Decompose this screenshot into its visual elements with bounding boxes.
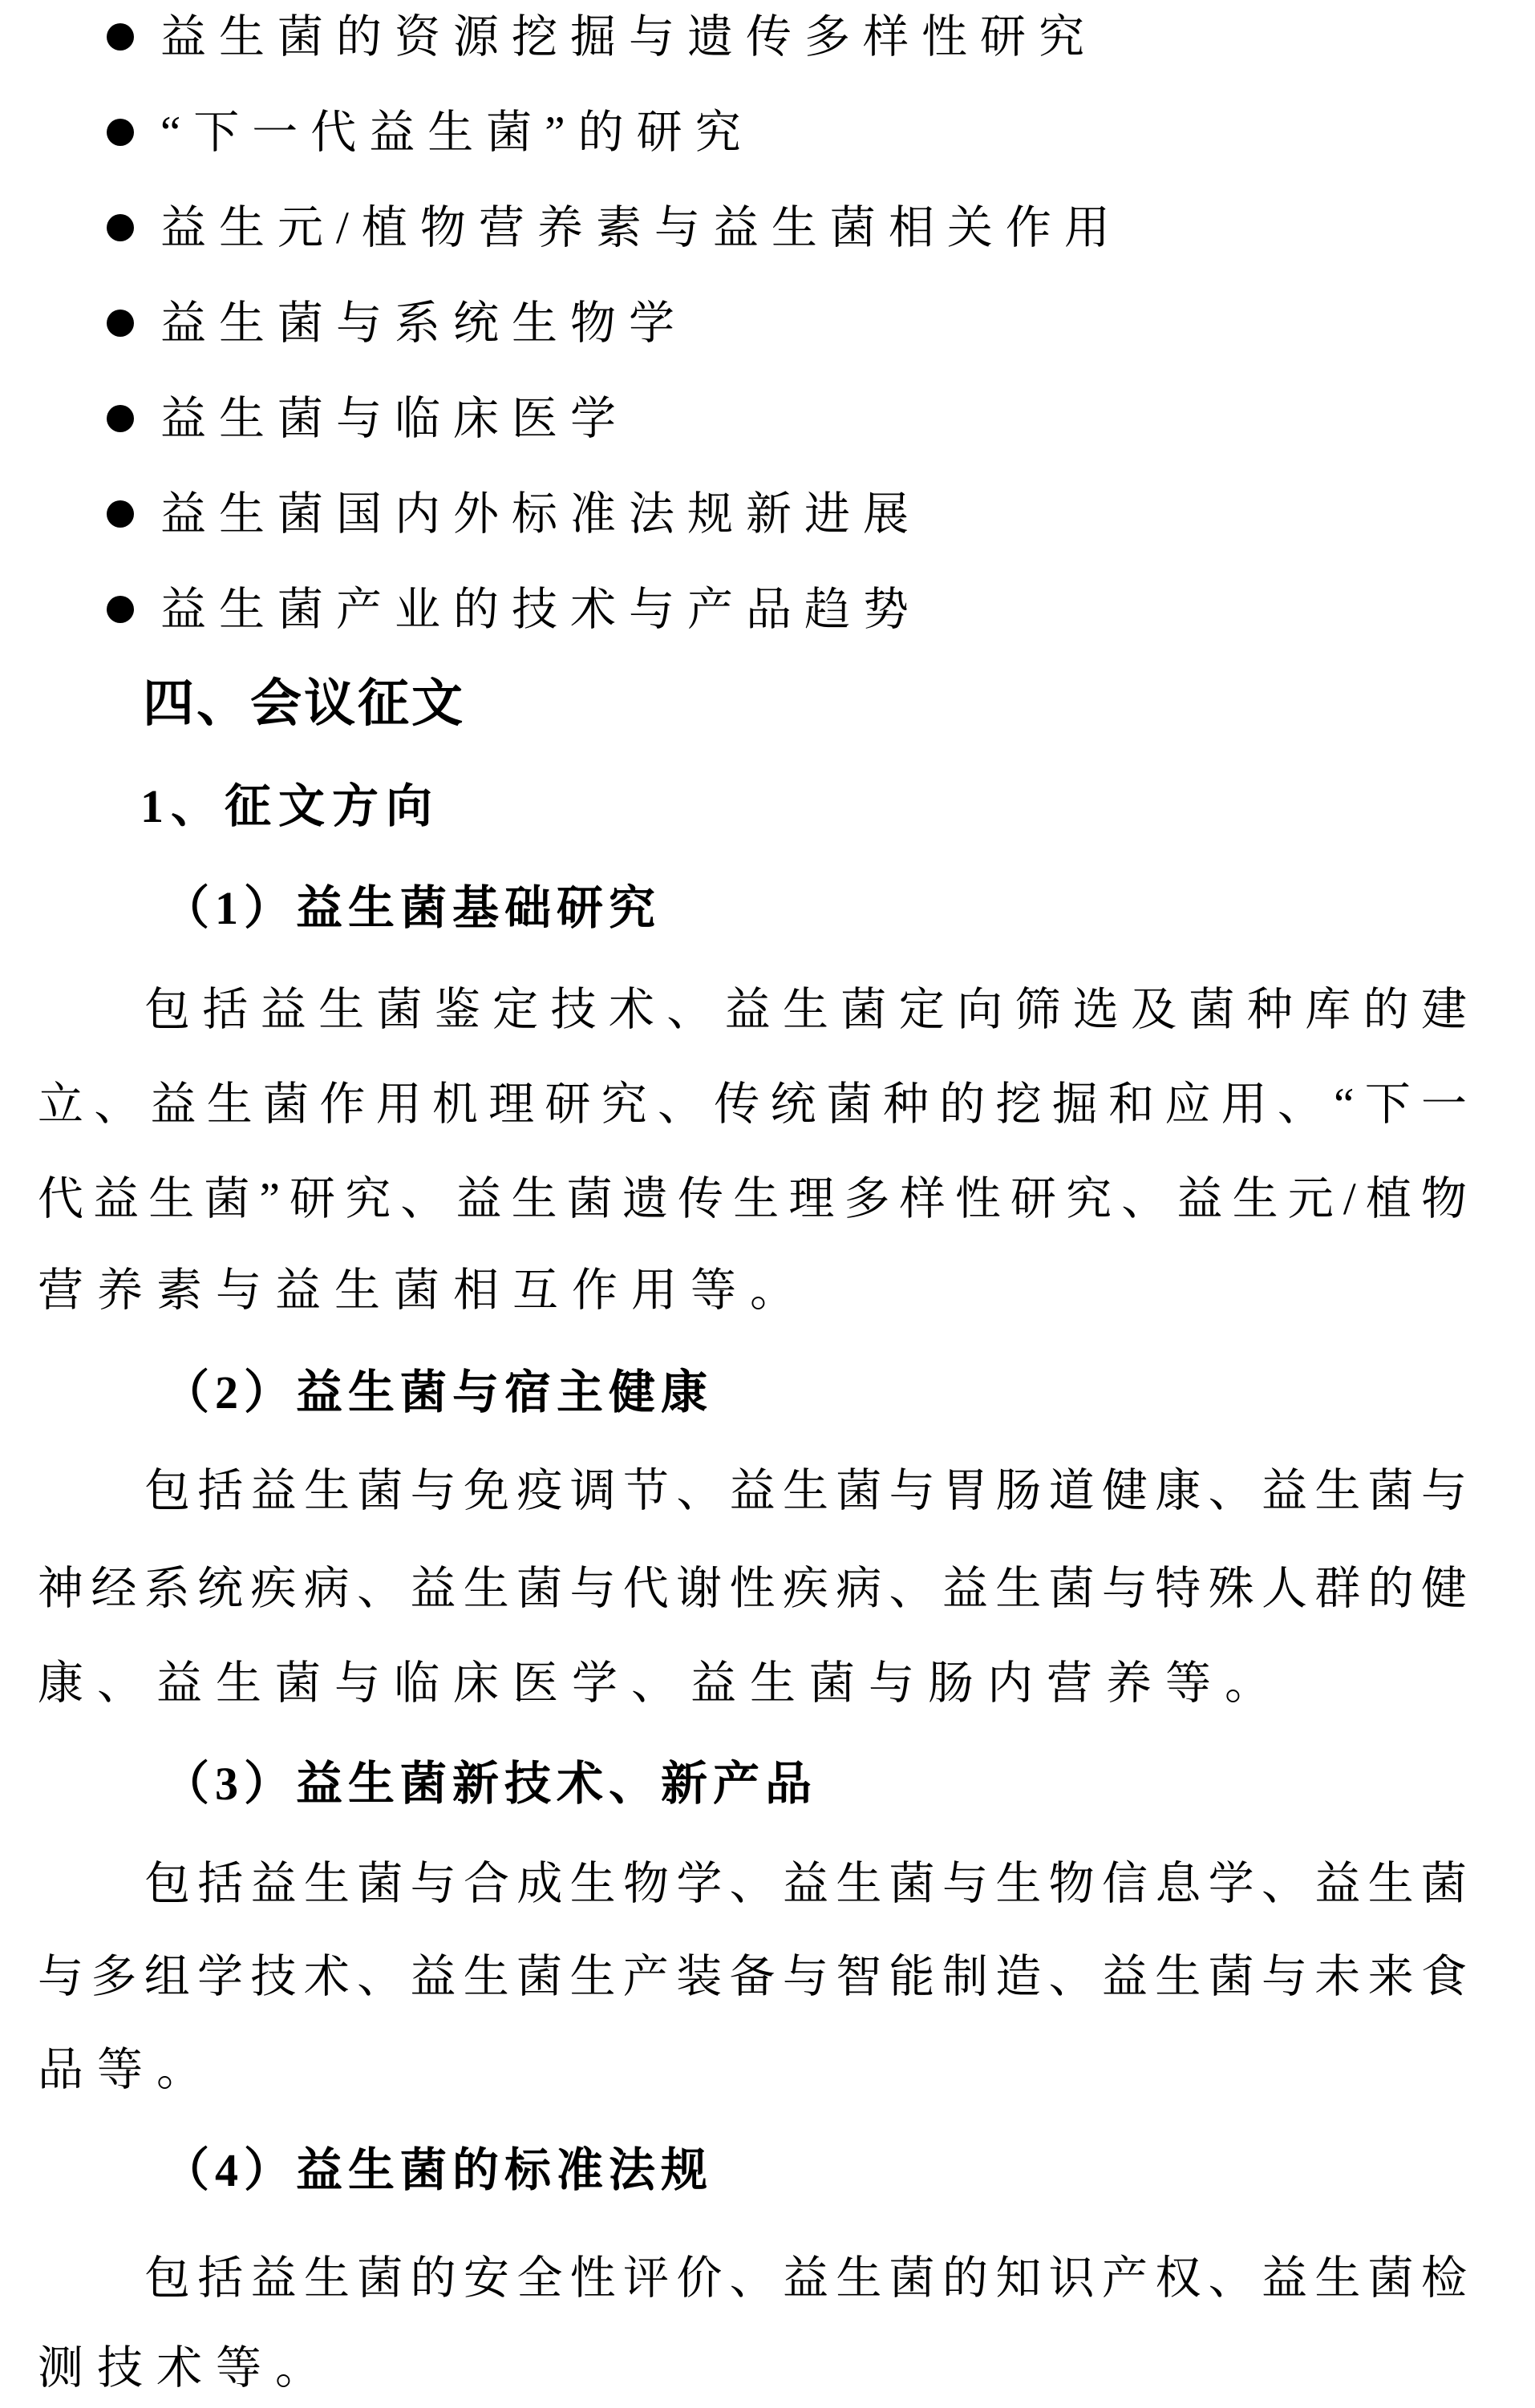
bullet-item-label: “下一代益生菌”的研究 [160,110,754,156]
bullet-icon [107,405,134,432]
bullet-icon [107,214,134,241]
subsection-heading: 1、征文方向 [140,783,439,830]
paragraph-line: 康、益生菌与临床医学、益生菌与肠内营养等。 [38,1658,1468,1710]
bullet-item-label: 益生菌产业的技术与产品趋势 [160,587,921,633]
paragraph-line: 神经系统疾病、益生菌与代谢性疾病、益生菌与特殊人群的健 [38,1564,1468,1615]
bullet-icon [107,500,134,528]
bullet-icon [107,119,134,146]
paragraph-line: 包括益生菌与免疫调节、益生菌与胃肠道健康、益生菌与 [144,1466,1468,1517]
topic-heading: （2）益生菌与宿主健康 [163,1370,713,1416]
bullet-item: 益生菌产业的技术与产品趋势 [107,581,921,638]
paragraph-line: 品等。 [38,2045,1468,2096]
bullet-item: “下一代益生菌”的研究 [107,103,754,161]
bullet-item: 益生元/植物营养素与益生菌相关作用 [107,199,1123,257]
bullet-item-label: 益生菌与系统生物学 [160,301,687,346]
document-page: 益生菌的资源挖掘与遗传多样性研究 “下一代益生菌”的研究 益生元/植物营养素与益… [0,0,1535,2408]
bullet-item: 益生菌与临床医学 [107,390,629,447]
bullet-icon [107,23,134,51]
paragraph-line: 包括益生菌与合成生物学、益生菌与生物信息学、益生菌 [144,1859,1468,1910]
bullet-icon [107,596,134,623]
topic-heading: （1）益生菌基础研究 [163,885,661,932]
bullet-item-label: 益生菌与临床医学 [160,396,629,442]
bullet-item-label: 益生菌的资源挖掘与遗传多样性研究 [160,14,1097,60]
bullet-item-label: 益生菌国内外标准法规新进展 [160,492,921,537]
paragraph-line: 包括益生菌鉴定技术、益生菌定向筛选及菌种库的建 [144,985,1468,1036]
bullet-item-label: 益生元/植物营养素与益生菌相关作用 [160,205,1123,251]
paragraph-line: 营养素与益生菌相互作用等。 [38,1265,1468,1317]
topic-heading: （3）益生菌新技术、新产品 [163,1761,817,1807]
section-heading: 四、会议征文 [143,678,465,729]
paragraph-line: 立、益生菌作用机理研究、传统菌种的挖掘和应用、“下一 [38,1079,1468,1131]
paragraph-line: 代益生菌”研究、益生菌遗传生理多样性研究、益生元/植物 [38,1174,1468,1225]
paragraph-line: 包括益生菌的安全性评价、益生菌的知识产权、益生菌检 [144,2253,1468,2305]
paragraph-line: 与多组学技术、益生菌生产装备与智能制造、益生菌与未来食 [38,1952,1468,2003]
bullet-item: 益生菌与系统生物学 [107,294,687,352]
bullet-item: 益生菌的资源挖掘与遗传多样性研究 [107,8,1097,66]
bullet-icon [107,310,134,337]
topic-heading: （4）益生菌的标准法规 [163,2147,713,2194]
paragraph-line: 测技术等。 [38,2343,1468,2394]
bullet-item: 益生菌国内外标准法规新进展 [107,485,921,543]
